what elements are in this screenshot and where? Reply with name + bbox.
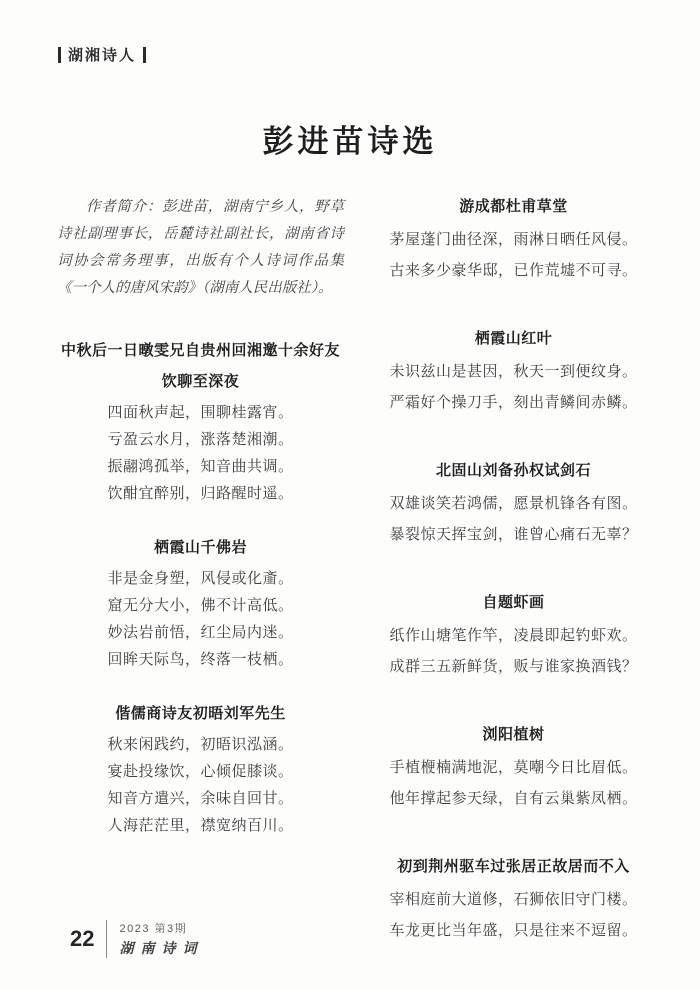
poem-line: 未识兹山是甚因，秋天一到便纹身。 bbox=[370, 357, 657, 388]
poem-line: 成群三五新鲜货，贩与谁家换酒钱？ bbox=[370, 652, 657, 683]
poem-line: 双雄谈笑若鸿儒，愿景机锋各有图。 bbox=[370, 489, 657, 520]
poem-line: 知音方遣兴，余味自回甘。 bbox=[57, 786, 344, 813]
poem-line: 饮酣宜醉别，归路醒时遥。 bbox=[57, 481, 344, 508]
content-columns: 作者简介：彭进苗，湖南宁乡人，野草诗社副理事长，岳麓诗社副社长，湖南省诗词协会常… bbox=[57, 194, 657, 986]
poem-title: 北固山刘备孙权试剑石 bbox=[370, 458, 657, 485]
poem-title: 偕儒商诗友初晤刘军先生 bbox=[57, 701, 344, 728]
poem-title: 自题虾画 bbox=[370, 590, 657, 617]
poem-line: 人海茫茫里，襟宽纳百川。 bbox=[57, 813, 344, 840]
right-poems-container: 游成都杜甫草堂茅屋蓬门曲径深，雨淋日晒任风侵。古来多少豪华邸，已作荒墟不可寻。栖… bbox=[370, 194, 657, 947]
poem-line: 窟无分大小，佛不计高低。 bbox=[57, 593, 344, 620]
poem-line: 非是金身塑，风侵或化齑。 bbox=[57, 566, 344, 593]
poem-block: 北固山刘备孙权试剑石双雄谈笑若鸿儒，愿景机锋各有图。暴裂惊天挥宝剑，谁曾心痛石无… bbox=[370, 458, 657, 551]
poem-title: 栖霞山千佛岩 bbox=[57, 535, 344, 562]
poem-line: 手植楩楠满地泥，莫嘲今日比眉低。 bbox=[370, 753, 657, 784]
section-header: 湖湘诗人 bbox=[58, 44, 146, 65]
left-column: 作者简介：彭进苗，湖南宁乡人，野草诗社副理事长，岳麓诗社副社长，湖南省诗词协会常… bbox=[57, 194, 344, 986]
poem-block: 自题虾画纸作山塘笔作竿，凌晨即起钓虾欢。成群三五新鲜货，贩与谁家换酒钱？ bbox=[370, 590, 657, 683]
poem-line: 亏盈云水月，涨落楚湘潮。 bbox=[57, 427, 344, 454]
poem-block: 栖霞山千佛岩非是金身塑，风侵或化齑。窟无分大小，佛不计高低。妙法岩前悟，红尘局内… bbox=[57, 535, 344, 674]
poem-line: 暴裂惊天挥宝剑，谁曾心痛石无辜？ bbox=[370, 520, 657, 551]
poem-line: 纸作山塘笔作竿，凌晨即起钓虾欢。 bbox=[370, 621, 657, 652]
issue-label: 2023 第3期 bbox=[119, 920, 203, 936]
author-intro: 作者简介：彭进苗，湖南宁乡人，野草诗社副理事长，岳麓诗社副社长，湖南省诗词协会常… bbox=[57, 194, 344, 302]
poem-line: 四面秋声起，围聊桂露宵。 bbox=[57, 400, 344, 427]
poem-line: 车龙更比当年盛，只是往来不逗留。 bbox=[370, 916, 657, 947]
poem-title: 游成都杜甫草堂 bbox=[370, 194, 657, 221]
poem-block: 初到荆州驱车过张居正故居而不入宰相庭前大道修，石狮依旧守门楼。车龙更比当年盛，只… bbox=[370, 854, 657, 947]
poem-block: 偕儒商诗友初晤刘军先生秋来闲践约，初晤识泓涵。宴赴投缘饮，心倾促膝谈。知音方遣兴… bbox=[57, 701, 344, 840]
right-column: 游成都杜甫草堂茅屋蓬门曲径深，雨淋日晒任风侵。古来多少豪华邸，已作荒墟不可寻。栖… bbox=[370, 194, 657, 986]
section-header-label: 湖湘诗人 bbox=[68, 44, 136, 65]
page-footer: 22 2023 第3期 湖南诗词 bbox=[70, 920, 203, 958]
poem-line: 他年撑起参天绿，自有云巢紫凤栖。 bbox=[370, 784, 657, 815]
page-number: 22 bbox=[70, 926, 94, 952]
page-title: 彭进苗诗选 bbox=[0, 116, 700, 161]
poem-line: 严霜好个操刀手，刻出青鳞间赤鳞。 bbox=[370, 388, 657, 419]
left-poems-container: 中秋后一日暾雯兄自贵州回湘邀十余好友饮聊至深夜四面秋声起，围聊桂露宵。亏盈云水月… bbox=[57, 338, 344, 840]
issue-info: 2023 第3期 湖南诗词 bbox=[119, 920, 203, 958]
poem-title: 初到荆州驱车过张居正故居而不入 bbox=[370, 854, 657, 881]
poem-line: 回眸天际鸟，终落一枝栖。 bbox=[57, 647, 344, 674]
poem-line: 古来多少豪华邸，已作荒墟不可寻。 bbox=[370, 256, 657, 287]
poem-line: 宰相庭前大道修，石狮依旧守门楼。 bbox=[370, 885, 657, 916]
header-bar-right-icon bbox=[143, 47, 146, 63]
poem-block: 游成都杜甫草堂茅屋蓬门曲径深，雨淋日晒任风侵。古来多少豪华邸，已作荒墟不可寻。 bbox=[370, 194, 657, 287]
journal-logo: 湖南诗词 bbox=[119, 938, 203, 958]
poem-line: 秋来闲践约，初晤识泓涵。 bbox=[57, 732, 344, 759]
magazine-page: 湖湘诗人 彭进苗诗选 作者简介：彭进苗，湖南宁乡人，野草诗社副理事长，岳麓诗社副… bbox=[0, 0, 700, 989]
poem-title: 栖霞山红叶 bbox=[370, 326, 657, 353]
poem-line: 宴赴投缘饮，心倾促膝谈。 bbox=[57, 759, 344, 786]
poem-line: 茅屋蓬门曲径深，雨淋日晒任风侵。 bbox=[370, 225, 657, 256]
header-bar-left-icon bbox=[58, 47, 61, 63]
poem-block: 浏阳植树手植楩楠满地泥，莫嘲今日比眉低。他年撑起参天绿，自有云巢紫凤栖。 bbox=[370, 722, 657, 815]
poem-title: 饮聊至深夜 bbox=[57, 369, 344, 396]
poem-title: 浏阳植树 bbox=[370, 722, 657, 749]
poem-line: 振翮鸿孤举，知音曲共调。 bbox=[57, 454, 344, 481]
footer-divider bbox=[106, 920, 107, 958]
poem-block: 栖霞山红叶未识兹山是甚因，秋天一到便纹身。严霜好个操刀手，刻出青鳞间赤鳞。 bbox=[370, 326, 657, 419]
poem-block: 中秋后一日暾雯兄自贵州回湘邀十余好友饮聊至深夜四面秋声起，围聊桂露宵。亏盈云水月… bbox=[57, 338, 344, 508]
poem-line: 妙法岩前悟，红尘局内迷。 bbox=[57, 620, 344, 647]
poem-title: 中秋后一日暾雯兄自贵州回湘邀十余好友 bbox=[57, 338, 344, 365]
